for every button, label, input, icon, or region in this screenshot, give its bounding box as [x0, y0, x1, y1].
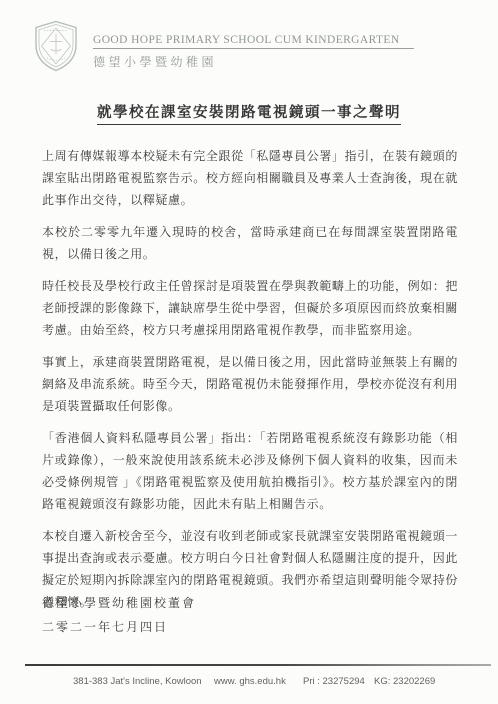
paragraph-media-report: 上周有傳媒報導本校疑未有完全跟從「私隱專員公署」指引，在裝有鏡頭的課室貼出閉路電…	[42, 145, 458, 211]
footer-phone-primary: Pri : 23275294	[303, 676, 365, 687]
letterhead: GOOD HOPE PRIMARY SCHOOL CUM KINDERGARTE…	[34, 20, 414, 72]
statement-body: 上周有傳媒報導本校疑未有完全跟從「私隱專員公署」指引，在裝有鏡頭的課室貼出閉路電…	[42, 145, 458, 623]
statement-page: GOOD HOPE PRIMARY SCHOOL CUM KINDERGARTE…	[0, 0, 498, 704]
signature-date: 二零二一年七月四日	[42, 615, 196, 639]
title-row: 就學校在課室安裝閉路電視鏡頭一事之聲明	[0, 101, 498, 125]
footer-divider	[25, 664, 491, 666]
paragraph-no-network: 事實上，承建商裝置閉路電視，是以備日後之用，因此當時並無裝上有關的網絡及串流系統…	[42, 351, 458, 417]
paragraph-pcpd-guideline: 「香港個人資料私隱專員公署」指出：「若閉路電視系統沒有錄影功能（相片或錄像），一…	[42, 427, 458, 515]
footer-website: www. ghs.edu.hk	[214, 676, 286, 687]
school-names: GOOD HOPE PRIMARY SCHOOL CUM KINDERGARTE…	[93, 20, 414, 70]
statement-title: 就學校在課室安裝閉路電視鏡頭一事之聲明	[97, 101, 401, 125]
footer: 381-383 Jat's Incline, Kowloon www. ghs.…	[0, 672, 498, 692]
school-crest-icon	[34, 20, 78, 72]
paragraph-campus-2009: 本校於二零零九年遷入現時的校舍，當時承建商已在每間課室裝置閉路電視，以備日後之用…	[42, 221, 458, 265]
school-name-english: GOOD HOPE PRIMARY SCHOOL CUM KINDERGARTE…	[93, 34, 414, 49]
signature-issuer: 德望小學暨幼稚園校董會	[42, 591, 196, 615]
footer-phone-kindergarten: KG: 23202269	[374, 676, 435, 687]
signature-block: 德望小學暨幼稚園校董會 二零二一年七月四日	[42, 591, 196, 639]
footer-address: 381-383 Jat's Incline, Kowloon	[73, 676, 202, 687]
school-name-chinese: 德望小學暨幼稚園	[93, 53, 414, 70]
paragraph-teaching-purpose: 時任校長及學校行政主任曾探討是項裝置在學與教範疇上的功能，例如：把老師授課的影像…	[42, 275, 458, 341]
